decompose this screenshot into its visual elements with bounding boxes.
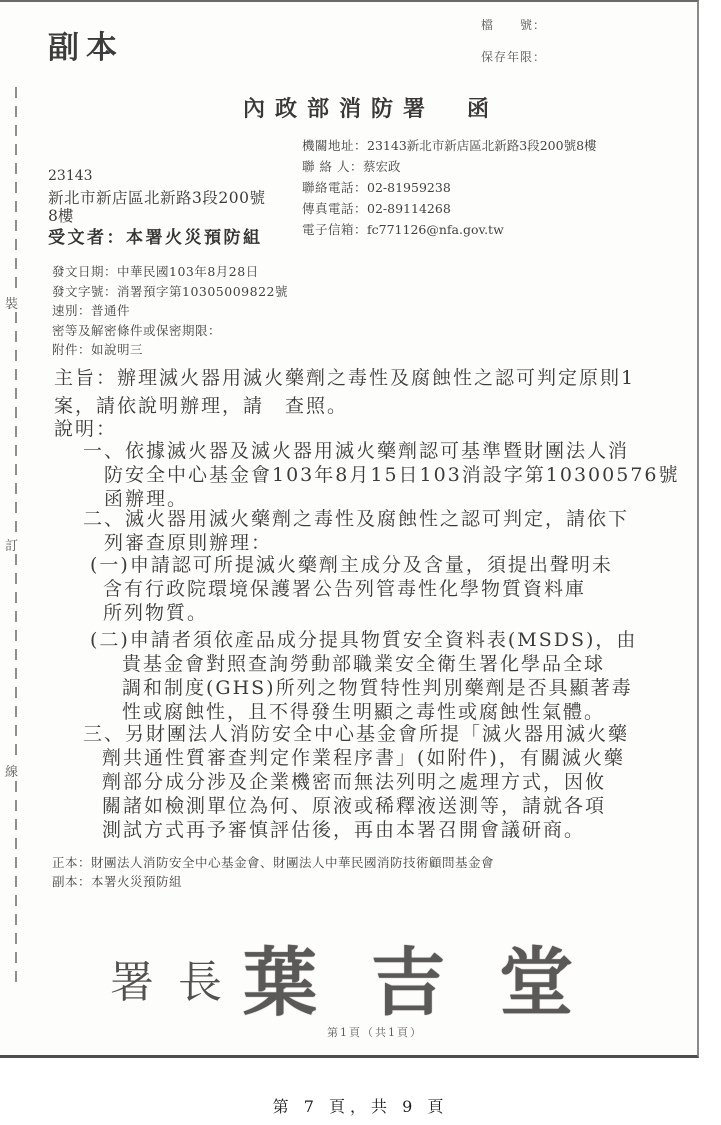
binding-mark-ding: 訂 xyxy=(5,535,18,554)
contact-phone-label: 聯絡電話： xyxy=(302,180,367,195)
copy-stamp: 副本 xyxy=(48,22,124,67)
viewer-page-indicator: 第 7 頁，共 9 頁 xyxy=(0,1094,721,1117)
fax-value: 02-89114268 xyxy=(367,201,451,216)
explanation-item-2-2: (二)申請者須依產品成分提具物質安全資料表(MSDS)，由貴基金會對照查詢勞動部… xyxy=(90,628,637,724)
copy-recipients-line: 副本：本署火災預防組 xyxy=(52,872,182,890)
agency-address-line: 機關地址：23143新北市新店區北新路3段200號8樓 xyxy=(302,135,597,156)
explanation-item-2: 二、滅火器用滅火藥劑之毒性及腐蝕性之認可判定，請依下列審查原則辦理： xyxy=(83,507,629,555)
fax-line: 傳真電話：02-89114268 xyxy=(302,198,597,219)
agency-address-value: 23143新北市新店區北新路3段200號8樓 xyxy=(367,138,597,153)
recipient-address-line1: 新北市新店區北新路3段200號 xyxy=(48,186,265,208)
binding-mark-zhuang: 裝 xyxy=(5,293,18,312)
contact-phone-line: 聯絡電話：02-81959238 xyxy=(302,177,597,198)
file-number-label: 檔 號： xyxy=(481,16,546,33)
recipient-zipcode: 23143 xyxy=(48,168,93,184)
agency-contact-block: 機關地址：23143新北市新店區北新路3段200號8樓 聯 絡 人：蔡宏政 聯絡… xyxy=(302,135,597,240)
explanation-item-3: 三、另財團法人消防安全中心基金會所提「滅火器用滅火藥劑共通性質審查判定作業程序書… xyxy=(83,722,629,842)
contact-person-label: 聯 絡 人： xyxy=(302,159,363,174)
dispatch-meta-block: 發文日期：中華民國103年8月28日發文字號：消署預字第10305009822號… xyxy=(52,262,288,360)
email-label: 電子信箱： xyxy=(302,222,367,237)
recipient-line: 受文者：本署火災預防組 xyxy=(48,223,263,248)
agency-address-label: 機關地址： xyxy=(302,138,367,153)
document-title: 內政部消防署 函 xyxy=(243,92,499,123)
signer-title: 署長 xyxy=(110,946,246,1010)
binding-dash-segment xyxy=(15,781,17,984)
signer-name-signature: 葉吉堂 xyxy=(243,924,627,1030)
contact-person-value: 蔡宏政 xyxy=(363,159,401,174)
document-viewer: 裝 訂 線 副本 檔 號： 保存年限： 內政部消防署 函 機關地址：23143新… xyxy=(0,0,721,1125)
contact-person-line: 聯 絡 人：蔡宏政 xyxy=(302,156,597,177)
email-value: fc771126@nfa.gov.tw xyxy=(367,222,504,237)
fax-label: 傳真電話： xyxy=(302,201,367,216)
original-recipients-line: 正本：財團法人消防安全中心基金會、財團法人中華民國消防技術顧問基金會 xyxy=(52,853,494,871)
contact-phone-value: 02-81959238 xyxy=(367,180,451,195)
explanation-item-2-1: (一)申請認可所提滅火藥劑主成分及含量，須提出聲明未含有行政院環境保護署公告列管… xyxy=(90,553,613,625)
email-line: 電子信箱：fc771126@nfa.gov.tw xyxy=(302,219,597,240)
binding-dash-segment xyxy=(15,312,17,532)
binding-dash-segment xyxy=(15,87,17,290)
letter-page-note: 第1頁（共1頁） xyxy=(327,1024,423,1040)
scanned-letter-page: 裝 訂 線 副本 檔 號： 保存年限： 內政部消防署 函 機關地址：23143新… xyxy=(0,0,699,1058)
explanation-item-1: 一、依據滅火器及滅火器用滅火藥劑認可基準暨財團法人消防安全中心基金會103年8月… xyxy=(83,439,680,511)
subject-paragraph: 主旨：辦理滅火器用滅火藥劑之毒性及腐蝕性之認可判定原則1案，請依說明辦理，請 查… xyxy=(54,364,635,420)
explanation-label: 說明： xyxy=(54,414,117,441)
binding-dash-segment xyxy=(15,554,17,758)
retention-period-label: 保存年限： xyxy=(481,48,546,65)
binding-mark-xian: 線 xyxy=(5,761,18,780)
